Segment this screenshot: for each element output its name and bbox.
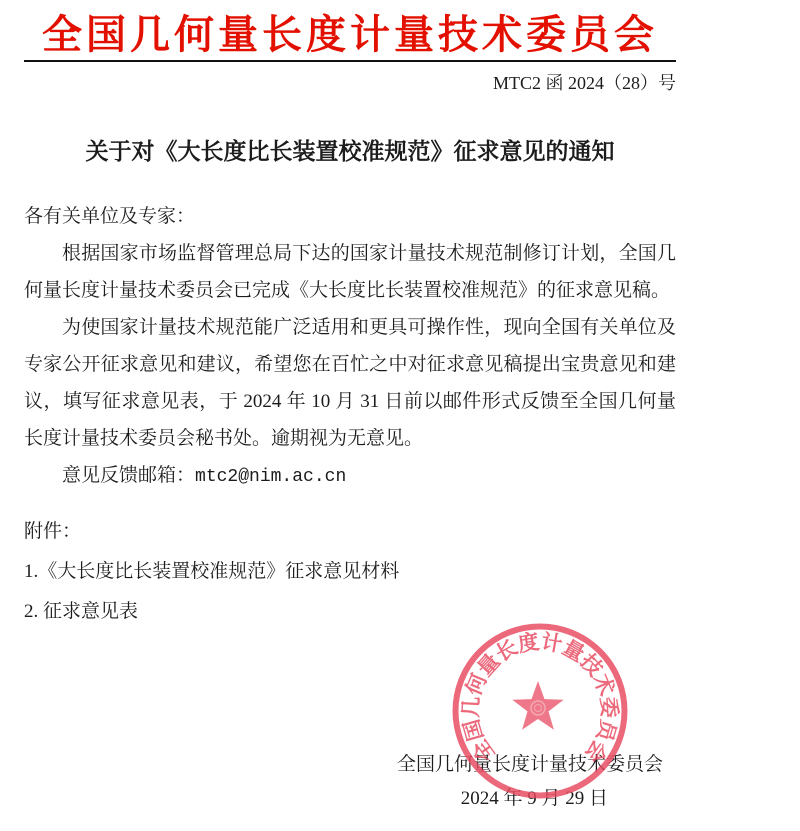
attachments-heading: 附件： [24, 512, 676, 552]
star-icon [512, 681, 563, 730]
document-header: 全国几何量长度计量技术委员会 MTC2 函 2024（28）号 [24, 12, 676, 96]
issuing-org-title: 全国几何量长度计量技术委员会 [24, 12, 676, 58]
notice-body: 各有关单位及专家： 根据国家市场监督管理总局下达的国家计量技术规范制修订计划，全… [24, 198, 676, 496]
header-divider [24, 60, 676, 62]
email-address: mtc2@nim.ac.cn [195, 467, 346, 487]
official-notice-document: 全国几何量长度计量技术委员会 MTC2 函 2024（28）号 关于对《大长度比… [0, 0, 800, 831]
document-number: MTC2 函 2024（28）号 [24, 70, 676, 96]
attachment-item-1: 1.《大长度比长装置校准规范》征求意见材料 [24, 552, 676, 592]
attachments-section: 附件： 1.《大长度比长装置校准规范》征求意见材料 2. 征求意见表 [24, 512, 676, 632]
body-paragraph-2: 为使国家计量技术规范能广泛适用和更具可操作性，现向全国有关单位及专家公开征求意见… [24, 309, 676, 457]
body-paragraph-1: 根据国家市场监督管理总局下达的国家计量技术规范制修订计划，全国几何量长度计量技术… [24, 235, 676, 309]
greeting-line: 各有关单位及专家： [24, 198, 676, 235]
email-label: 意见反馈邮箱： [62, 465, 195, 486]
notice-title: 关于对《大长度比长装置校准规范》征求意见的通知 [24, 132, 676, 170]
official-red-seal: 全国几何量长度计量技术委员会 [445, 616, 635, 806]
email-line: 意见反馈邮箱：mtc2@nim.ac.cn [24, 457, 676, 496]
